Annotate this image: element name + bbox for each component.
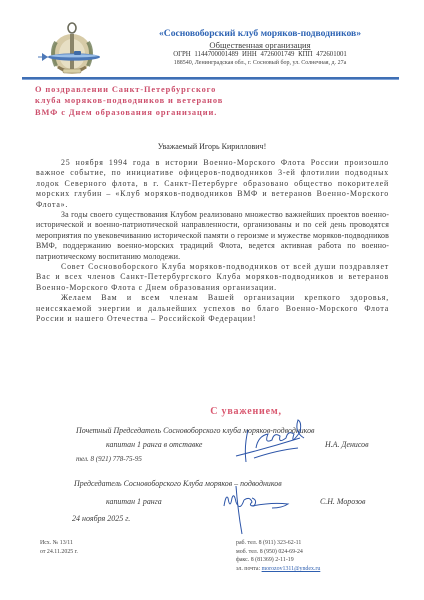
signatory-name: С.Н. Морозов [320, 497, 365, 506]
org-name: «Сосновоборский клуб моряков-подводников… [140, 28, 380, 39]
outgoing-reference: Исх. № 13/11 от 24.11.2025 г. [40, 539, 78, 556]
letter-date: 24 ноября 2025 г. [72, 514, 130, 523]
letter-body: 25 ноября 1994 года в истории Военно-Мор… [36, 158, 389, 325]
subject-line: клуба моряков-подводников и ветеранов [35, 95, 265, 106]
closing-regards: С уважением, [0, 406, 424, 417]
signatory-rank: капитан 1 ранга в отставке [106, 440, 202, 449]
body-paragraph: 25 ноября 1994 года в истории Военно-Мор… [36, 158, 389, 210]
email-link[interactable]: morozov1311@yndex.ru [262, 566, 321, 572]
greeting: Уважаемый Игорь Кириллович! [0, 142, 424, 151]
email-label: эл. почта: [236, 566, 262, 572]
registration-numbers: ОГРН 1144700001489 ИНН 4726001749 КПП 47… [140, 51, 380, 58]
subject-line: О поздравлении Санкт-Петербургского [35, 84, 265, 95]
signatory-phone: тел. 8 (921) 778-75-95 [76, 455, 142, 463]
letter-subject: О поздравлении Санкт-Петербургского клуб… [35, 84, 265, 118]
signatory-name: Н.А. Денисов [325, 440, 369, 449]
org-type: Общественная организация [140, 40, 380, 50]
mobile-phone: моб. тел. 8 (950) 024-69-24 [236, 548, 320, 557]
body-paragraph: Совет Сосновоборского Клуба моряков-подв… [36, 262, 389, 293]
email-row: эл. почта: morozov1311@yndex.ru [236, 565, 320, 574]
subject-line: ВМФ с Днем образования организации. [35, 107, 265, 118]
outgoing-number: Исх. № 13/11 [40, 539, 78, 548]
signatory-title: Почетный Председатель Сосновоборского кл… [76, 426, 314, 435]
signatory-title: Председатель Сосновоборского Клуба моряк… [74, 479, 282, 488]
outgoing-date: от 24.11.2025 г. [40, 548, 78, 557]
submarine-emblem-icon [34, 20, 106, 78]
body-paragraph: За годы своего существования Клубом реал… [36, 210, 389, 262]
body-paragraph: Желаем Вам и всем членам Вашей организац… [36, 293, 389, 324]
contact-info: раб. тел. 8 (911) 323-62-11 моб. тел. 8 … [236, 539, 320, 574]
club-logo [34, 20, 106, 78]
org-address: 188540, Ленинградская обл., г. Сосновый … [140, 60, 380, 66]
header-divider [22, 77, 399, 79]
fax: факс. 8 (81369) 2-11-19 [236, 556, 320, 565]
work-phone: раб. тел. 8 (911) 323-62-11 [236, 539, 320, 548]
signatory-rank: капитан 1 ранга [106, 497, 162, 506]
